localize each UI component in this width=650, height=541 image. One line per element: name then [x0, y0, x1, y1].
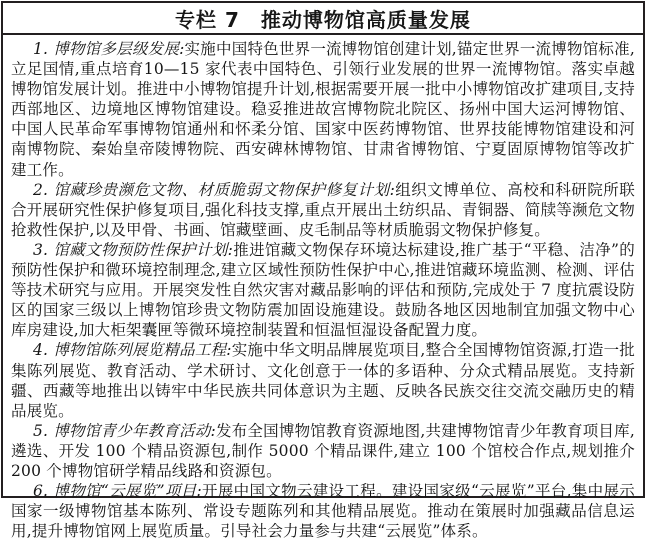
paragraph-lead: 6. 博物馆“云展览”项目:: [33, 482, 202, 500]
panel-title: 专栏 7 推动博物馆高质量发展: [3, 3, 643, 35]
paragraph-lead: 5. 博物馆青少年教育活动:: [33, 422, 216, 440]
paragraph-text: 实施中国特色世界一流博物馆创建计划,锚定世界一流博物馆标准,立足国情,重点培育1…: [11, 40, 635, 179]
column-panel: 专栏 7 推动博物馆高质量发展 1. 博物馆多层级发展:实施中国特色世界一流博物…: [1, 1, 645, 498]
paragraph-lead: 2. 馆藏珍贵濒危文物、材质脆弱文物保护修复计划:: [33, 181, 395, 199]
paragraph: 2. 馆藏珍贵濒危文物、材质脆弱文物保护修复计划:组织文博单位、高校和科研院所联…: [11, 180, 635, 240]
paragraph: 1. 博物馆多层级发展:实施中国特色世界一流博物馆创建计划,锚定世界一流博物馆标…: [11, 39, 635, 180]
panel-body: 1. 博物馆多层级发展:实施中国特色世界一流博物馆创建计划,锚定世界一流博物馆标…: [3, 35, 643, 510]
paragraph-lead: 1. 博物馆多层级发展:: [33, 40, 185, 58]
paragraph-lead: 4. 博物馆陈列展览精品工程:: [33, 341, 232, 359]
paragraph: 5. 博物馆青少年教育活动:发布全国博物馆教育资源地图,共建博物馆青少年教育项目…: [11, 421, 635, 481]
paragraph: 4. 博物馆陈列展览精品工程:实施中华文明品牌展览项目,整合全国博物馆资源,打造…: [11, 340, 635, 420]
paragraph: 6. 博物馆“云展览”项目:开展中国文物云建设工程。建设国家级“云展览”平台,集…: [11, 481, 635, 510]
paragraph: 3. 馆藏文物预防性保护计划:推进馆藏文物保存环境达标建设,推广基于“平稳、洁净…: [11, 240, 635, 340]
paragraph-lead: 3. 馆藏文物预防性保护计划:: [33, 241, 233, 259]
